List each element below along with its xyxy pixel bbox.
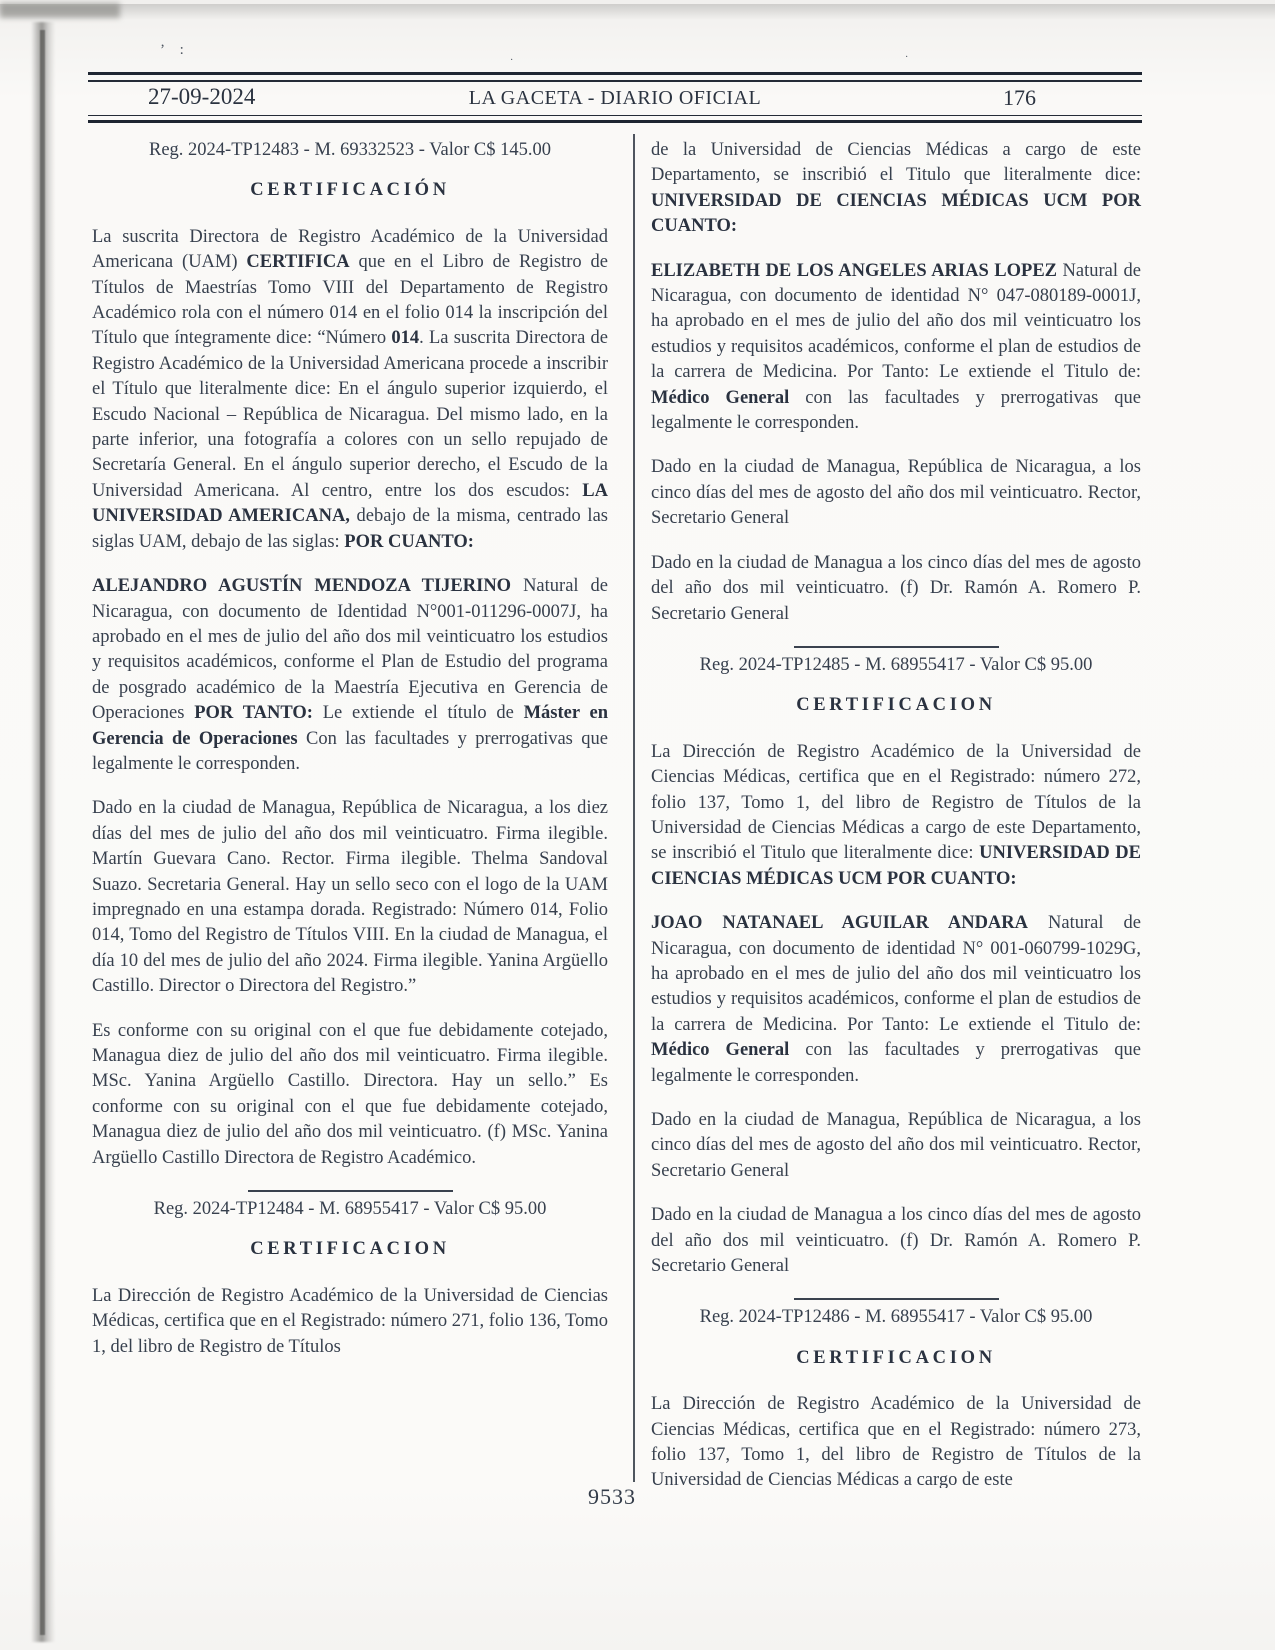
- text-segment: Dado en la ciudad de Managua, República …: [651, 457, 1141, 528]
- bold-text-segment: Médico General: [651, 1040, 789, 1060]
- text-segment: de la Universidad de Ciencias Médicas a …: [651, 140, 1141, 185]
- text-segment: Dado en la ciudad de Managua, República …: [92, 798, 608, 996]
- page-body: Reg. 2024-TP12483 - M. 69332523 - Valor …: [0, 138, 1275, 1488]
- issue-number: 176: [1003, 85, 1036, 111]
- registration-line: Reg. 2024-TP12484 - M. 68955417 - Valor …: [92, 1190, 608, 1222]
- paragraph: Dado en la ciudad de Managua, República …: [92, 796, 608, 999]
- registration-line: Reg. 2024-TP12486 - M. 68955417 - Valor …: [651, 1298, 1141, 1330]
- text-segment: Dado en la ciudad de Managua, República …: [651, 1110, 1141, 1181]
- text-segment: La Dirección de Registro Académico de la…: [92, 1286, 608, 1357]
- masthead-rule-bottom-thick: [88, 120, 1142, 123]
- certification-heading: CERTIFICACIÓN: [92, 178, 608, 203]
- bold-text-segment: POR TANTO:: [194, 703, 313, 723]
- masthead-row: 27-09-2024 LA GACETA - DIARIO OFICIAL 17…: [88, 82, 1142, 115]
- bold-text-segment: JOAO NATANAEL AGUILAR ANDARA: [651, 913, 1028, 933]
- paragraph: La suscrita Directora de Registro Académ…: [92, 225, 608, 555]
- text-segment: Dado en la ciudad de Managua a los cinco…: [651, 553, 1141, 624]
- registration-line: Reg. 2024-TP12483 - M. 69332523 - Valor …: [92, 138, 608, 163]
- separator-rule: [248, 1190, 453, 1192]
- registration-text: Reg. 2024-TP12483 - M. 69332523 - Valor …: [92, 138, 608, 163]
- text-segment: Es conforme con su original con el que f…: [92, 1021, 608, 1168]
- paragraph: La Dirección de Registro Académico de la…: [92, 1284, 608, 1360]
- certification-heading: CERTIFICACION: [651, 1346, 1141, 1371]
- left-column: Reg. 2024-TP12483 - M. 69332523 - Valor …: [92, 138, 608, 1379]
- paragraph: Dado en la ciudad de Managua a los cinco…: [651, 1203, 1141, 1279]
- bold-text-segment: 014: [391, 328, 419, 348]
- paragraph: Es conforme con su original con el que f…: [92, 1019, 608, 1171]
- paragraph: Dado en la ciudad de Managua a los cinco…: [651, 551, 1141, 627]
- bold-text-segment: POR CUANTO:: [344, 532, 474, 552]
- text-segment: . La suscrita Directora de Registro Acad…: [92, 328, 608, 500]
- paragraph: Dado en la ciudad de Managua, República …: [651, 1108, 1141, 1184]
- paragraph: La Dirección de Registro Académico de la…: [651, 1392, 1141, 1488]
- scan-speck: ’ :: [160, 42, 190, 59]
- separator-rule: [794, 646, 999, 648]
- certification-heading: CERTIFICACION: [651, 693, 1141, 718]
- registration-line: Reg. 2024-TP12485 - M. 68955417 - Valor …: [651, 646, 1141, 678]
- paragraph: de la Universidad de Ciencias Médicas a …: [651, 138, 1141, 240]
- paragraph: La Dirección de Registro Académico de la…: [651, 740, 1141, 892]
- bold-text-segment: ELIZABETH DE LOS ANGELES ARIAS LOPEZ: [651, 261, 1057, 281]
- bold-text-segment: ALEJANDRO AGUSTÍN MENDOZA TIJERINO: [92, 576, 511, 596]
- scan-speck: ·: [510, 55, 519, 66]
- paragraph: ALEJANDRO AGUSTÍN MENDOZA TIJERINO Natur…: [92, 574, 608, 777]
- separator-rule: [794, 1298, 999, 1300]
- right-column: de la Universidad de Ciencias Médicas a …: [651, 138, 1141, 1488]
- text-segment: La Dirección de Registro Académico de la…: [651, 1394, 1141, 1488]
- paragraph: ELIZABETH DE LOS ANGELES ARIAS LOPEZ Nat…: [651, 259, 1141, 437]
- gazette-title: LA GACETA - DIARIO OFICIAL: [88, 87, 1142, 110]
- gazette-masthead: 27-09-2024 LA GACETA - DIARIO OFICIAL 17…: [88, 72, 1142, 123]
- paragraph: JOAO NATANAEL AGUILAR ANDARA Natural de …: [651, 911, 1141, 1089]
- paragraph: Dado en la ciudad de Managua, República …: [651, 455, 1141, 531]
- registration-text: Reg. 2024-TP12485 - M. 68955417 - Valor …: [651, 653, 1141, 678]
- bold-text-segment: UNIVERSIDAD DE CIENCIAS MÉDICAS UCM POR …: [651, 191, 1141, 236]
- registration-text: Reg. 2024-TP12486 - M. 68955417 - Valor …: [651, 1305, 1141, 1330]
- registration-text: Reg. 2024-TP12484 - M. 68955417 - Valor …: [92, 1197, 608, 1222]
- certification-heading: CERTIFICACION: [92, 1237, 608, 1262]
- text-segment: Dado en la ciudad de Managua a los cinco…: [651, 1205, 1141, 1276]
- scan-edge-shadow: [0, 4, 1275, 20]
- bold-text-segment: Médico General: [651, 388, 789, 408]
- text-segment: Natural de Nicaragua, con documento de I…: [92, 576, 608, 723]
- text-segment: Le extiende el título de: [313, 703, 524, 723]
- scan-corner-smudge: [0, 3, 120, 18]
- page-number: 9533: [588, 1484, 636, 1510]
- bold-text-segment: CERTIFICA: [246, 252, 349, 272]
- scan-speck: ·: [905, 52, 914, 63]
- scanned-gazette-page: ’ : · · 27-09-2024 LA GACETA - DIARIO OF…: [0, 0, 1275, 1650]
